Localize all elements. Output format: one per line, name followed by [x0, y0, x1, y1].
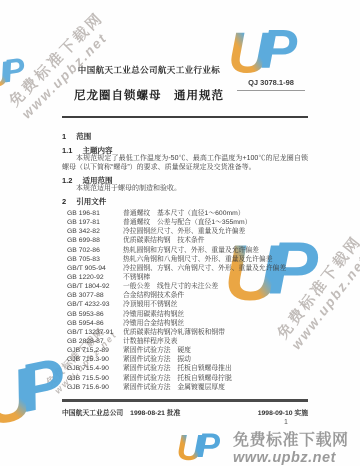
section-number: 2	[62, 197, 66, 206]
reference-item: GB 342-82冷拉圆钢丝尺寸、外形、重量及允许偏差	[67, 225, 309, 234]
reference-item: GB 699-88优质碳素结构钢 技术条件	[67, 234, 309, 243]
reference-item: GB/T 905-94冷拉圆钢、方钢、六角钢尺寸、外形、重量及允许偏差	[67, 262, 309, 271]
page-number: 1	[284, 419, 288, 426]
document-page: U P 免费标准下载网 www.upbz.net 免费标准下载网 www.upb…	[0, 0, 360, 466]
reference-item: GB 196-81普通螺纹 基本尺寸（直径1～600mm）	[67, 207, 309, 216]
section-title: 范围	[76, 132, 91, 141]
reference-item: GB 197-81普通螺纹 公差与配合（直径1～355mm）	[67, 216, 309, 225]
reference-item: GJB 715.6-90紧固件试验方法 金属镀覆层厚度	[67, 381, 309, 390]
reference-item: GB 5953-86冷镦用碳素结构钢丝	[67, 308, 309, 317]
reference-title: 紧固件试验方法 金属镀覆层厚度	[123, 384, 225, 391]
impl-date: 1998-09-10	[258, 410, 293, 417]
impl-label: 实施	[294, 410, 308, 417]
org-header-line: 中国航天工业总公司航天工业行业标	[58, 64, 240, 76]
section-1-1-paragraph: 本规范规定了最低工作温度为-50℃、最高工作温度为+100℃的尼龙圈自锁螺母（以…	[62, 154, 308, 172]
section-2-heading: 2 引用文件	[62, 196, 106, 207]
approve-label: 批准	[167, 410, 181, 417]
reference-item: GB 1220-92不锈钢棒	[67, 271, 309, 280]
reference-list: GB 196-81普通螺纹 基本尺寸（直径1～600mm） GB 197-81普…	[67, 207, 309, 390]
reference-item: GJB 715.5-90紧固件试验方法 托板自锁螺母拧脱	[67, 372, 309, 381]
reference-item: GB/T 1804-92一般公差 线性尺寸的未注公差	[67, 280, 309, 289]
reference-item: GJB 715.3-90紧固件试验方法 振动	[67, 353, 309, 362]
reference-item: GB 705-83热轧六角钢和八角钢尺寸、外形、重量及允许偏差	[67, 253, 309, 262]
page-title: 尼龙圈自锁螺母 通用规范	[58, 87, 240, 103]
footer-implementation: 1998-09-10 实施	[258, 407, 308, 417]
reference-item: GB 702-86热轧圆钢和方钢尺寸、外形、重量及允许偏差	[67, 244, 309, 253]
reference-item: GB/T 4232-93冷顶锻用不锈钢丝	[67, 298, 309, 307]
reference-item: GB 5954-86冷镦用合金结构钢丝	[67, 317, 309, 326]
approve-date: 1998-08-21	[130, 410, 165, 417]
footer-approval: 中国航天工业总公司1998-08-21 批准	[62, 407, 180, 417]
reference-item: GB 2828-87计数抽样程序及表	[67, 335, 309, 344]
document-content: 中国航天工业总公司航天工业行业标 尼龙圈自锁螺母 通用规范 QJ 3078.1-…	[0, 0, 360, 466]
reference-item: GJB 715.4-90紧固件试验方法 托板自锁螺母推出	[67, 362, 309, 371]
reference-item: GB/T 13237-91优质碳素结构钢冷轧薄钢板和钢带	[67, 326, 309, 335]
header-divider	[62, 116, 308, 118]
reference-code: GJB 715.6-90	[67, 384, 123, 391]
footer-divider	[62, 399, 308, 402]
reference-item: GB 3077-88合金结构钢技术条件	[67, 289, 309, 298]
standard-number: QJ 3078.1-98	[237, 78, 305, 91]
footer-org: 中国航天工业总公司	[62, 410, 123, 417]
reference-item: GJB 715.2-89紧固件试验方法 硬度	[67, 344, 309, 353]
section-1-2-paragraph: 本规范适用于螺母的制造和验收。	[62, 184, 308, 193]
section-number: 1	[62, 132, 66, 141]
footer: 中国航天工业总公司1998-08-21 批准 1998-09-10 实施	[62, 407, 308, 417]
section-1-heading: 1 范围	[62, 131, 91, 142]
section-title: 引用文件	[76, 197, 106, 206]
